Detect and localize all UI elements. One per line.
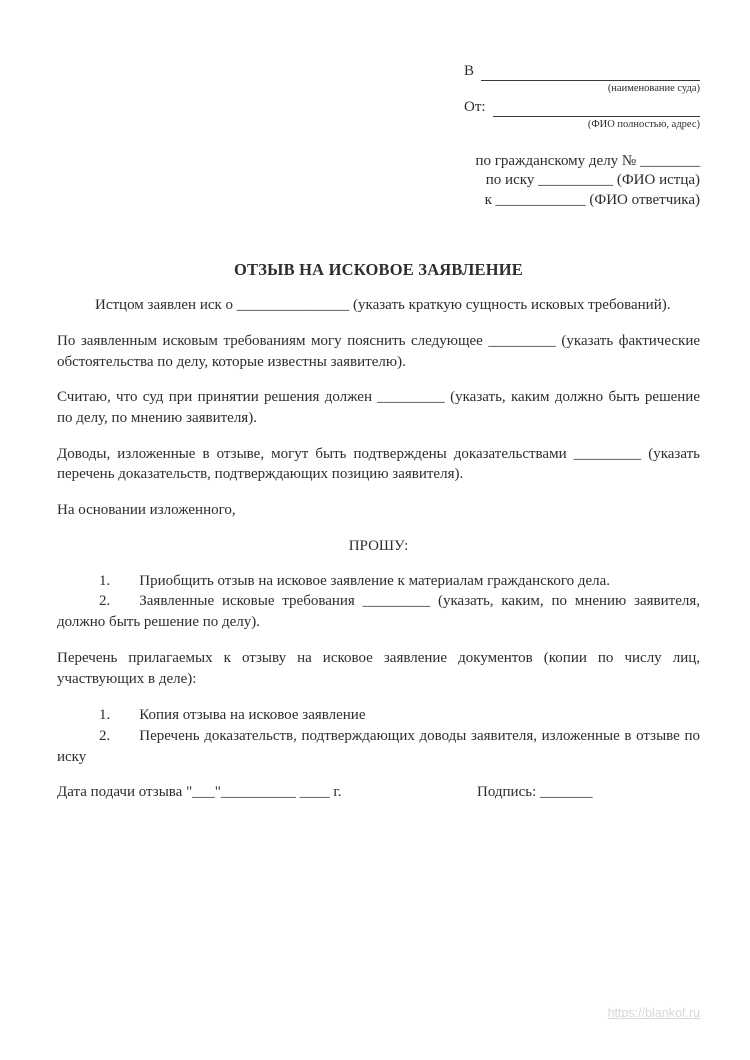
submission-date-line: Дата подачи отзыва "___"__________ ____ … xyxy=(57,784,342,800)
paragraph-evidence: Доводы, изложенные в отзыве, могут быть … xyxy=(57,444,700,485)
request-heading: ПРОШУ: xyxy=(57,538,700,555)
from-row: От: xyxy=(464,98,700,117)
document-title: ОТЗЫВ НА ИСКОВОЕ ЗАЯВЛЕНИЕ xyxy=(57,260,700,280)
request-list: 1.Приобщить отзыв на исковое заявление к… xyxy=(57,571,700,633)
from-blank-line xyxy=(493,101,700,117)
court-name-caption: (наименование суда) xyxy=(464,81,700,95)
from-caption: (ФИО полностью, адрес) xyxy=(464,117,700,131)
plaintiff-line: по иску __________ (ФИО истца) xyxy=(486,171,700,191)
court-prefix-label: В xyxy=(464,62,474,81)
attachment-item-2-number: 2. xyxy=(99,728,110,744)
date-signature-row: Дата подачи отзыва "___"__________ ____ … xyxy=(57,784,700,806)
from-prefix-label: От: xyxy=(464,98,486,117)
paragraph-court-decision: Считаю, что суд при принятии решения дол… xyxy=(57,387,700,428)
attachment-item-2: 2.Перечень доказательств, подтверждающих… xyxy=(57,726,700,767)
request-item-1-number: 1. xyxy=(99,573,110,589)
attachment-item-2-text: Перечень доказательств, подтверждающих д… xyxy=(57,728,700,765)
request-item-2-text: Заявленные исковые требования _________ … xyxy=(57,593,700,630)
court-name-blank-line xyxy=(481,65,700,81)
attachment-item-1: 1.Копия отзыва на исковое заявление xyxy=(57,705,700,726)
attachment-item-1-number: 1. xyxy=(99,707,110,723)
signature-label: Подпись: _______ xyxy=(477,784,593,801)
defendant-line: к ____________ (ФИО ответчика) xyxy=(485,191,700,211)
case-info-block: по гражданскому делу № ________ по иску … xyxy=(464,152,700,211)
document-page: В (наименование суда) От: (ФИО полностью… xyxy=(0,0,750,1060)
attachments-intro: Перечень прилагаемых к отзыву на исковое… xyxy=(57,648,700,689)
court-header-block: В (наименование суда) От: (ФИО полностью… xyxy=(464,62,700,210)
paragraph-claim-essence: Истцом заявлен иск о _______________ (ук… xyxy=(57,295,700,316)
watermark-link[interactable]: https://blankof.ru xyxy=(608,1006,700,1020)
request-item-1: 1.Приобщить отзыв на исковое заявление к… xyxy=(57,571,700,592)
court-name-row: В xyxy=(464,62,700,81)
attachment-item-1-text: Копия отзыва на исковое заявление xyxy=(139,707,365,723)
paragraph-based-on: На основании изложенного, xyxy=(57,500,700,521)
request-item-2-number: 2. xyxy=(99,593,110,609)
case-number-line: по гражданскому делу № ________ xyxy=(476,152,701,172)
request-item-2: 2.Заявленные исковые требования ________… xyxy=(57,591,700,632)
request-item-1-text: Приобщить отзыв на исковое заявление к м… xyxy=(139,573,610,589)
paragraph-explanation: По заявленным исковым требованиям могу п… xyxy=(57,331,700,372)
attachments-list: 1.Копия отзыва на исковое заявление 2.Пе… xyxy=(57,705,700,767)
